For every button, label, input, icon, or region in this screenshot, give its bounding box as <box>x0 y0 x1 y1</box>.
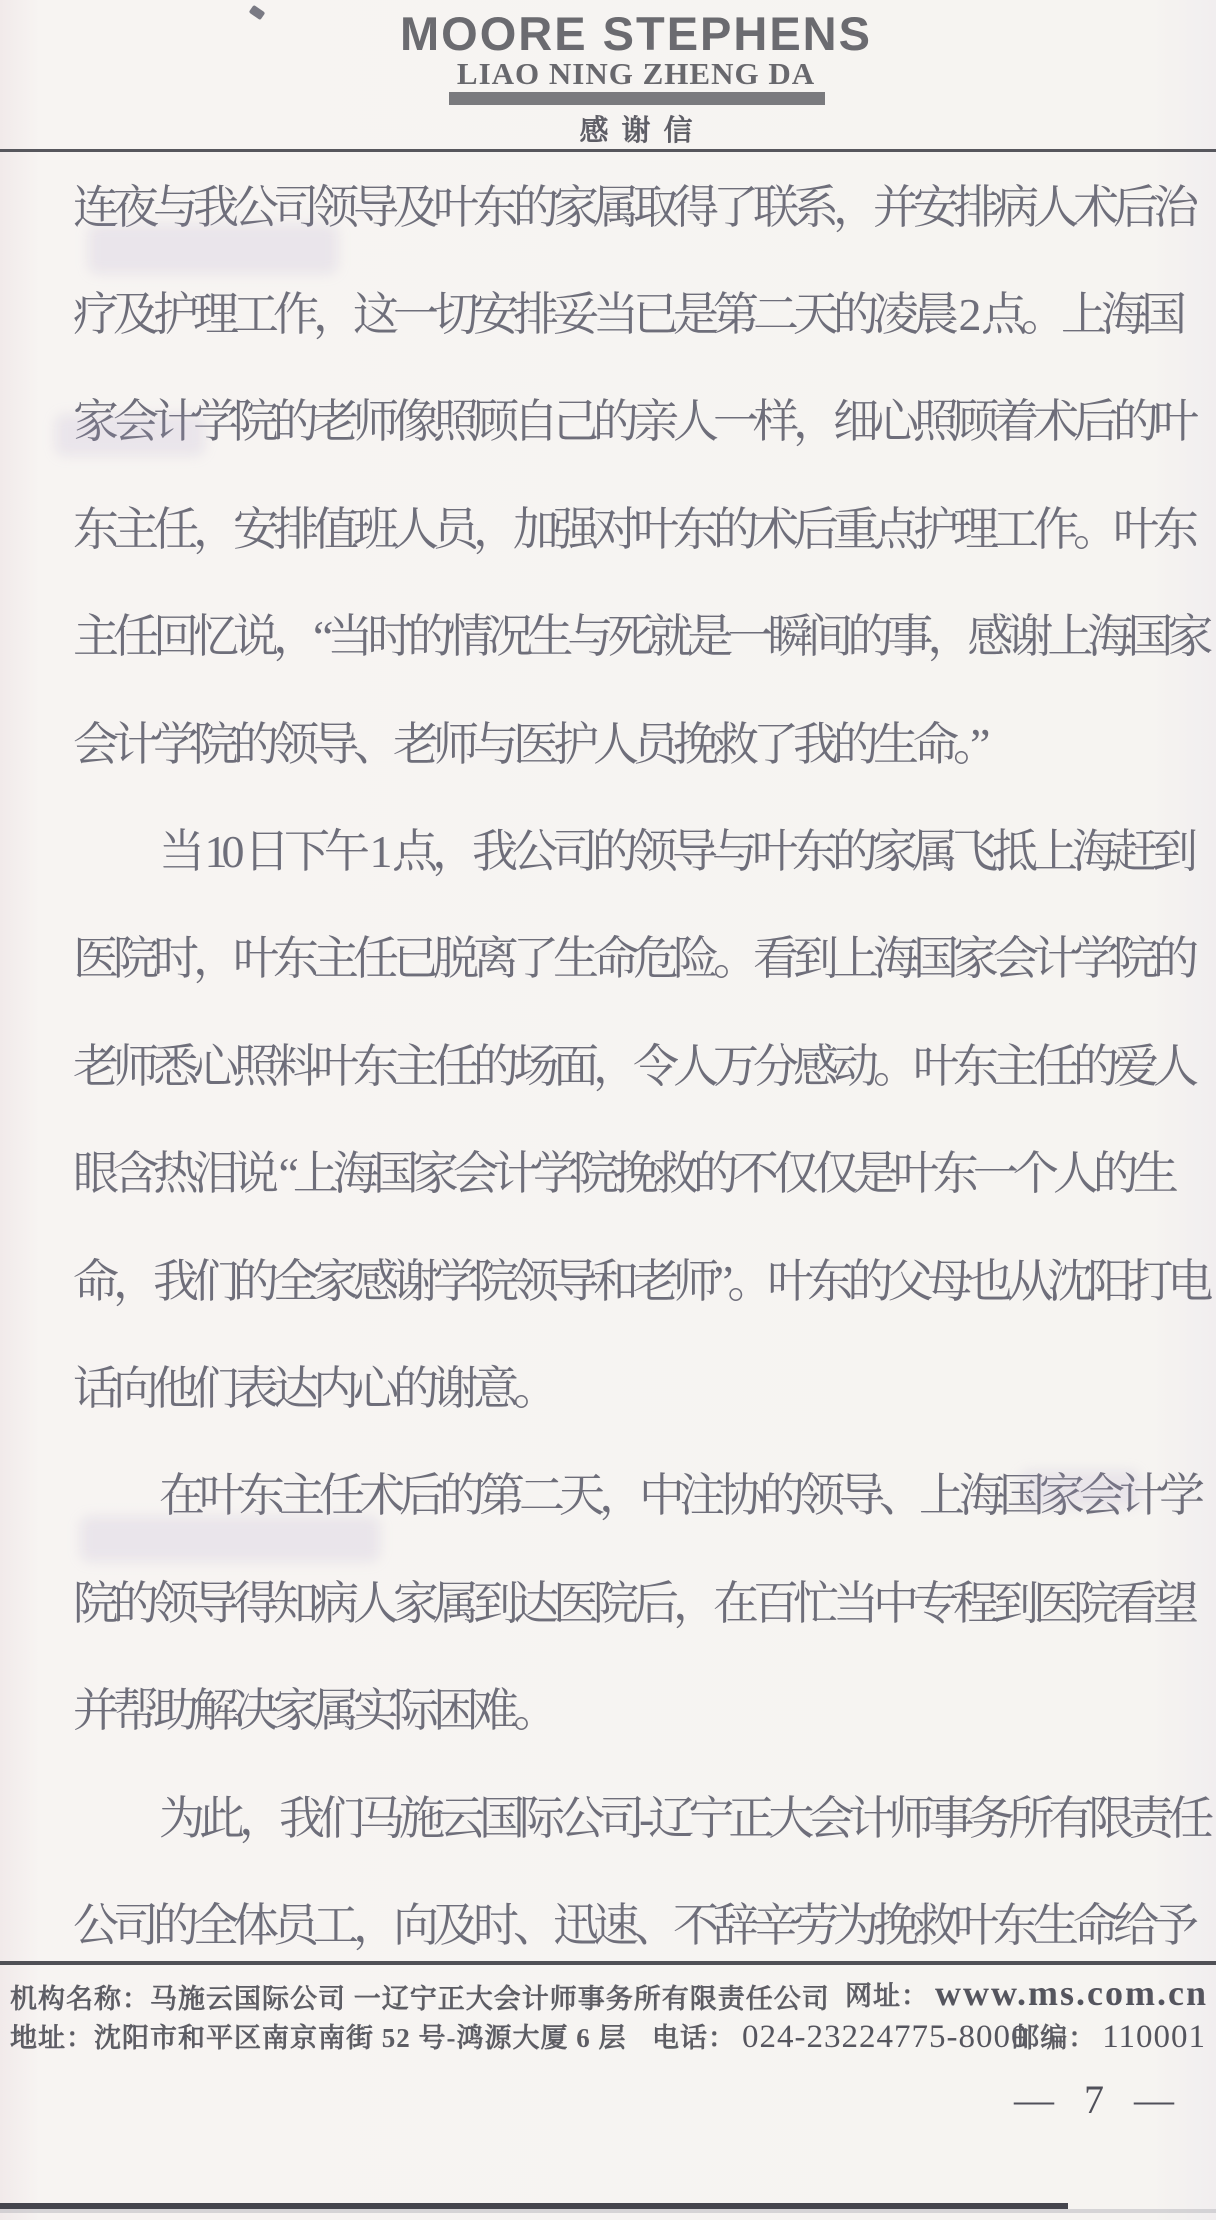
company-brand: MOORE STEPHENS <box>56 6 1216 61</box>
address-value: 沈阳市和平区南京南街 52 号-鸿源大厦 6 层 <box>94 2016 627 2055</box>
website-value: www.ms.com.cn <box>935 1972 1208 2014</box>
body-line-5: 主任回忆说，“当时的情况生与死就是一瞬间的事，感谢上海国家 <box>73 580 1200 687</box>
phone-label: 电话： <box>652 2016 736 2055</box>
scanned-letter-page: MOORE STEPHENS LIAO NING ZHENG DA 感谢信 连夜… <box>0 0 1216 2220</box>
body-line-4: 东主任，安排值班人员，加强对叶东的术后重点护理工作。叶东 <box>73 472 1200 579</box>
footer-org-name: 机构名称： 马施云国际公司 一辽宁正大会计师事务所有限责任公司 <box>10 1977 830 2016</box>
bleed-through-artifact <box>1020 1470 1140 1508</box>
document-title: 感谢信 <box>56 108 1216 149</box>
body-line-17: 公司的全体员工，向及时、迅速、不辞辛劳为挽救叶东生命给予 <box>73 1868 1200 1975</box>
body-line-16: 为此，我们马施云国际公司-辽宁正大会计师事务所有限责任 <box>73 1761 1200 1868</box>
footer-address: 地址： 沈阳市和平区南京南街 52 号-鸿源大厦 6 层 <box>10 2016 627 2055</box>
body-line-12: 话向他们表达内心的谢意。 <box>73 1331 1200 1438</box>
body-line-10: 眼含热泪说 “上海国家会计学院挽救的不仅仅是叶东一个人的生 <box>73 1117 1200 1224</box>
postal-value: 110001 <box>1102 2019 1206 2056</box>
body-line-6: 会计学院的领导、老师与医护人员挽救了我的生命。” <box>73 687 1200 794</box>
bleed-through-artifact <box>55 414 205 456</box>
body-line-11: 命，我们的全家感谢学院领导和老师”。叶东的父母也从沈阳打电 <box>73 1224 1200 1331</box>
body-line-14: 院的领导得知病人家属到达医院后，在百忙当中专程到医院看望 <box>73 1546 1200 1653</box>
bleed-through-artifact <box>88 224 338 274</box>
footer-website: 网址： www.ms.com.cn <box>845 1972 1208 2014</box>
company-subbrand: LIAO NING ZHENG DA <box>56 56 1216 92</box>
footer-divider-line <box>0 1961 1216 1965</box>
address-label: 地址： <box>10 2016 94 2055</box>
body-line-7: 当 10 日下午 1 点，我公司的领导与叶东的家属飞抵上海赶到 <box>73 794 1200 901</box>
footer-postal-code: 邮编： 110001 <box>1012 2016 1206 2056</box>
org-label: 机构名称： <box>10 1977 150 2016</box>
org-value: 马施云国际公司 一辽宁正大会计师事务所有限责任公司 <box>150 1977 830 2016</box>
letter-body: 连夜与我公司领导及叶东的家属取得了联系，并安排病人术后治疗及护理工作，这一切安排… <box>73 150 1200 1976</box>
body-line-8: 医院时，叶东主任已脱离了生命危险。看到上海国家会计学院的 <box>73 902 1200 1009</box>
body-line-3: 家会计学院的老师像照顾自己的亲人一样，细心照顾着术后的叶 <box>73 365 1200 472</box>
body-line-15: 并帮助解决家属实际困难。 <box>73 1653 1200 1760</box>
phone-value: 024-23224775-8000 <box>742 2019 1028 2056</box>
bleed-through-artifact <box>80 1516 380 1562</box>
footer-phone: 电话： 024-23224775-8000 <box>652 2016 1028 2056</box>
page-number: — 7 — <box>1014 2076 1184 2123</box>
letterhead-bar <box>449 92 825 105</box>
postal-label: 邮编： <box>1012 2016 1096 2055</box>
body-line-9: 老师悉心照料叶东主任的场面，令人万分感动。叶东主任的爱人 <box>73 1009 1200 1116</box>
website-label: 网址： <box>845 1974 929 2013</box>
scan-edge-shadow <box>0 2209 1216 2213</box>
